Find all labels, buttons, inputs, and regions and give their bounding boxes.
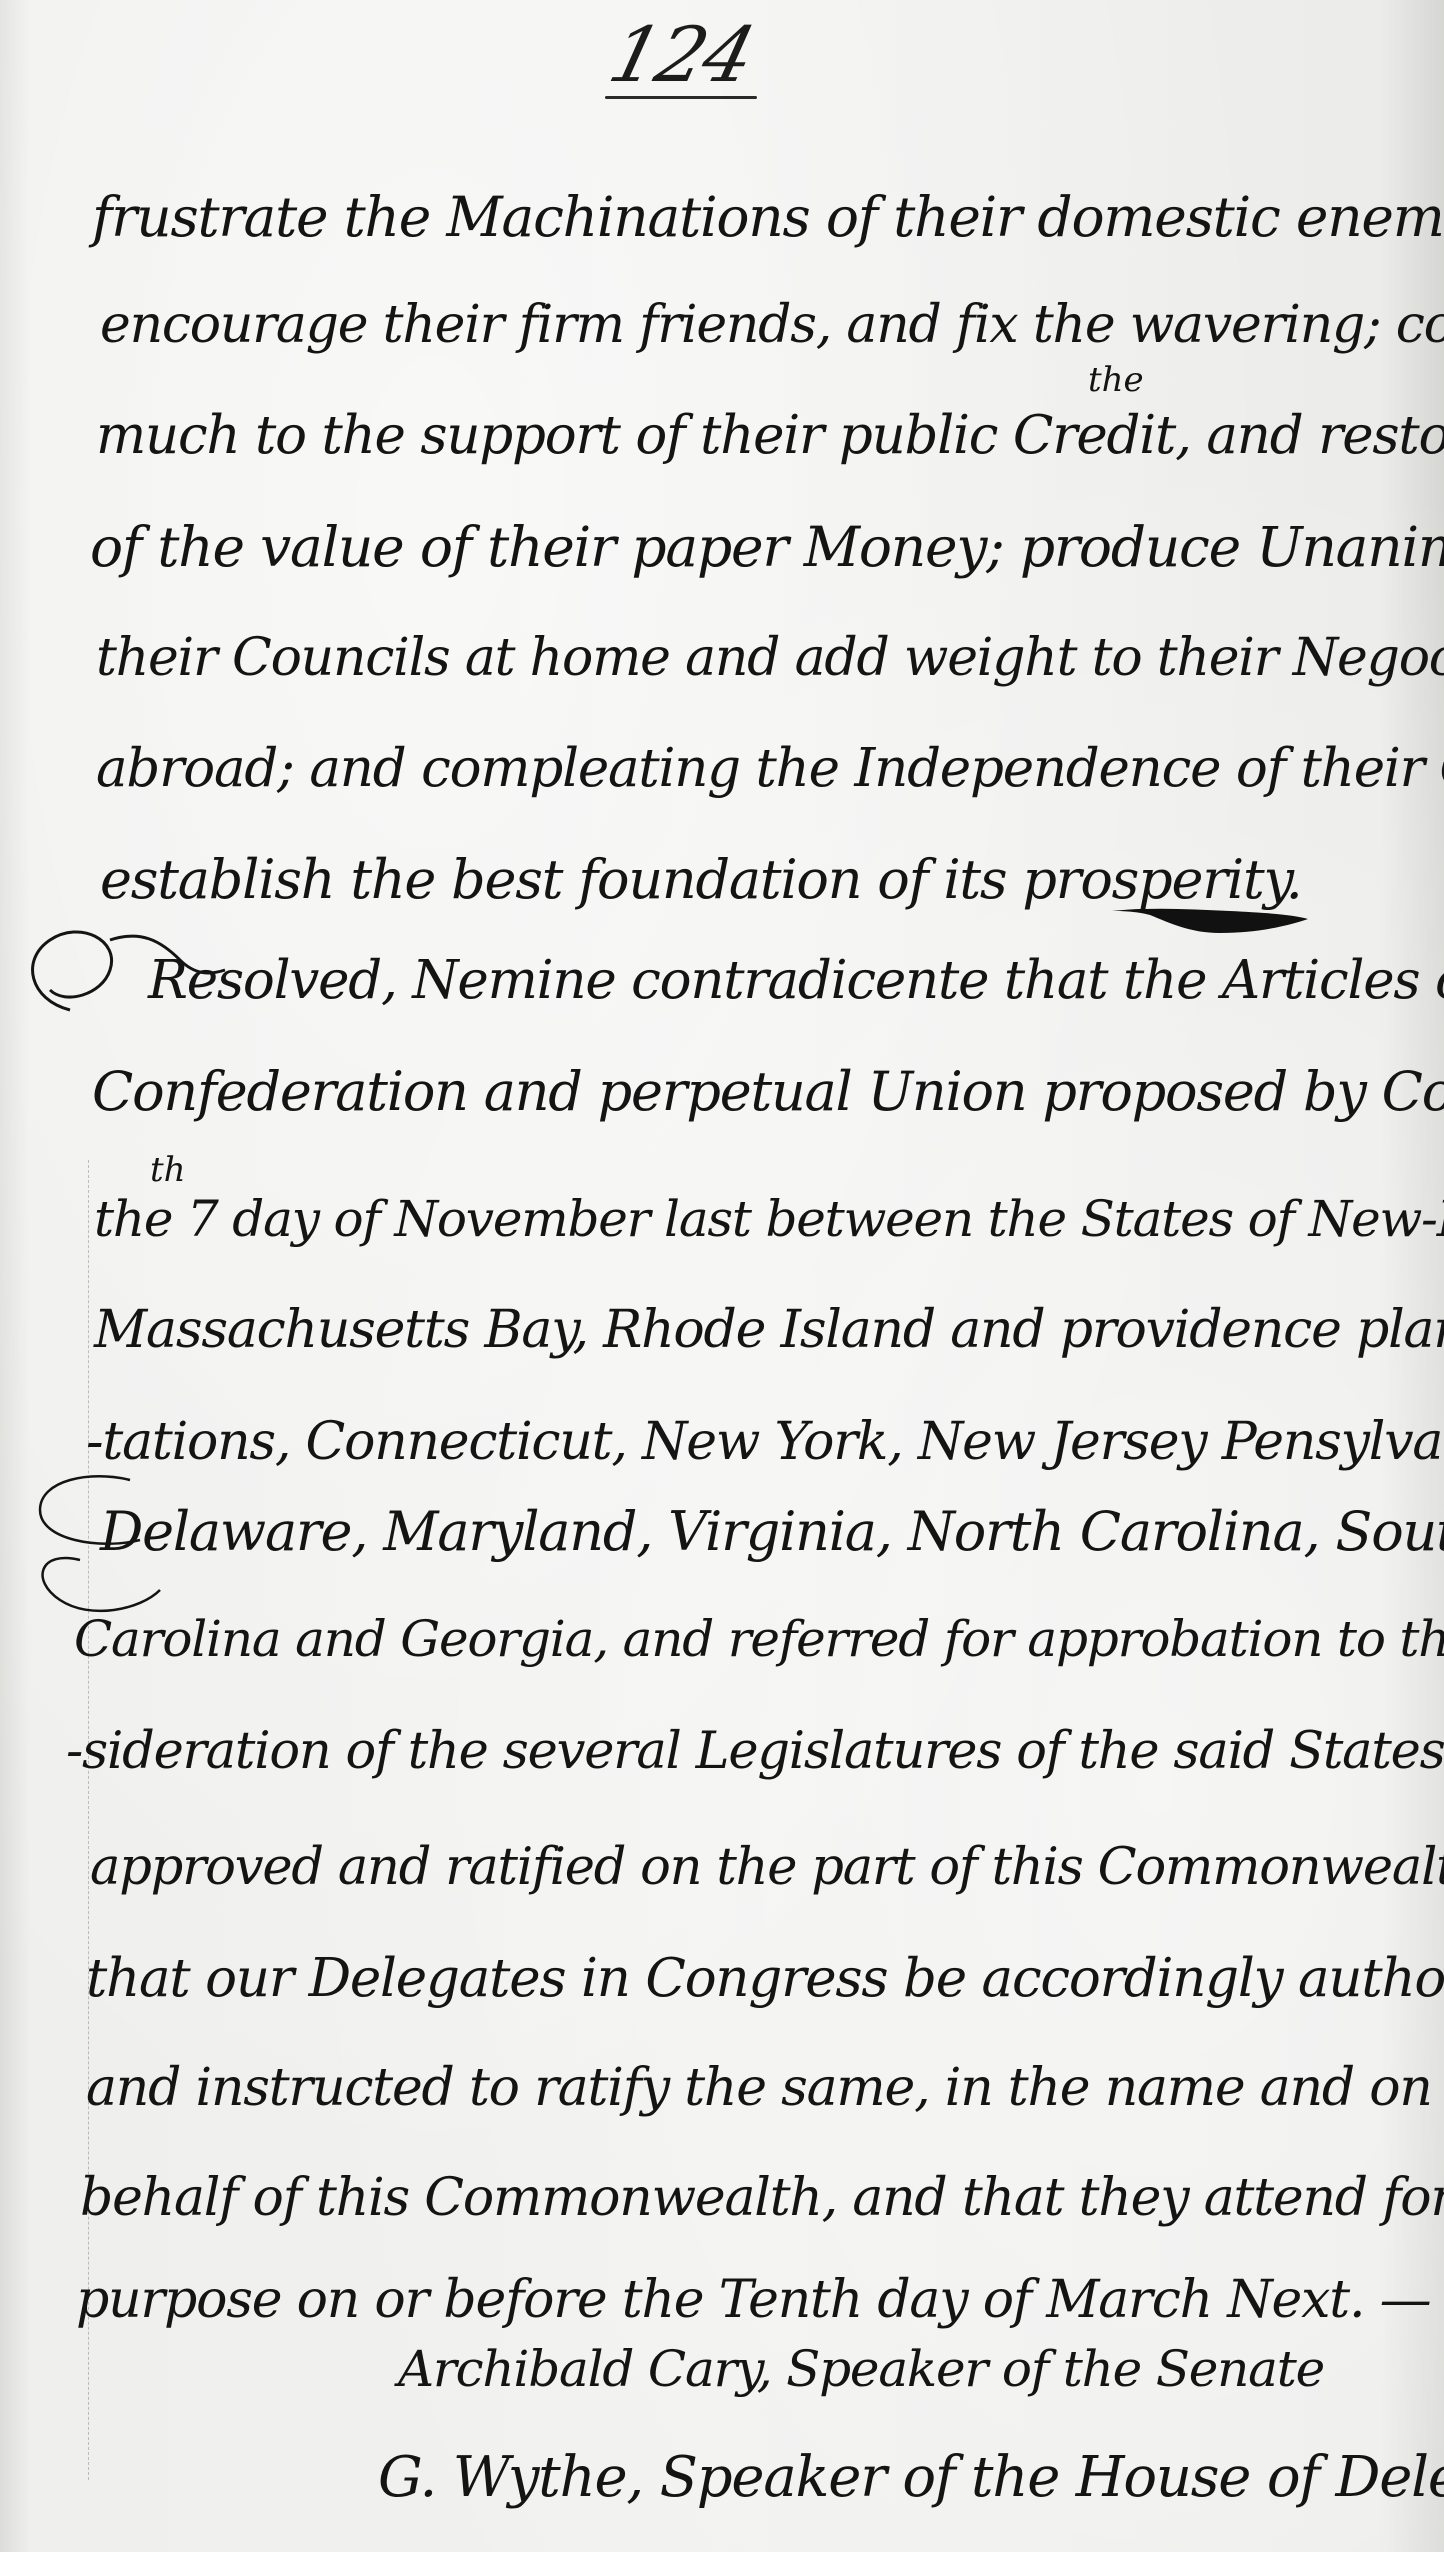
- insertion-the: the: [1088, 360, 1144, 400]
- text-line-17: that our Delegates in Congress be accord…: [86, 1948, 1444, 2009]
- signature-speaker-house: G. Wythe, Speaker of the House of Delega…: [378, 2445, 1444, 2510]
- text-line-15: -sideration of the several Legislatures …: [66, 1722, 1444, 1781]
- text-line-14: Carolina and Georgia, and referred for a…: [74, 1610, 1444, 1668]
- text-line-7: establish the best foundation of its pro…: [100, 848, 1302, 911]
- signature-speaker-senate: Archibald Cary, Speaker of the Senate: [398, 2340, 1324, 2398]
- text-line-1: frustrate the Machinations of their dome…: [92, 185, 1444, 249]
- text-line-12: -tations, Connecticut, New York, New Jer…: [86, 1412, 1444, 1472]
- text-line-18: and instructed to ratify the same, in th…: [86, 2058, 1444, 2118]
- text-line-2: encourage their firm friends, and fix th…: [100, 295, 1444, 355]
- text-line-8: Resolved, Nemine contradicente that the …: [148, 950, 1444, 1011]
- manuscript-page: 124 frustrate the Machinations of their …: [0, 0, 1444, 2552]
- text-line-10: the 7 day of November last between the S…: [94, 1190, 1444, 1248]
- text-line-13: Delaware, Maryland, Virginia, North Caro…: [100, 1500, 1444, 1563]
- text-line-5: their Councils at home and add weight to…: [96, 628, 1444, 688]
- text-line-6: abroad; and compleating the Independence…: [96, 738, 1444, 799]
- page-number: 124: [601, 10, 762, 99]
- text-line-20: purpose on or before the Tenth day of Ma…: [76, 2270, 1430, 2330]
- text-line-9: Confederation and perpetual Union propos…: [92, 1060, 1444, 1123]
- text-line-19: behalf of this Commonwealth, and that th…: [80, 2168, 1444, 2228]
- text-line-3: much to the support of their public Cred…: [96, 405, 1444, 466]
- text-line-4: of the value of their paper Money; produ…: [90, 515, 1444, 579]
- text-line-11: Massachusetts Bay, Rhode Island and prov…: [94, 1300, 1444, 1360]
- text-line-16: approved and ratified on the part of thi…: [90, 1838, 1444, 1897]
- insertion-th: th: [150, 1150, 186, 1190]
- ink-blot: [1110, 905, 1310, 937]
- page-number-underline: [605, 96, 757, 99]
